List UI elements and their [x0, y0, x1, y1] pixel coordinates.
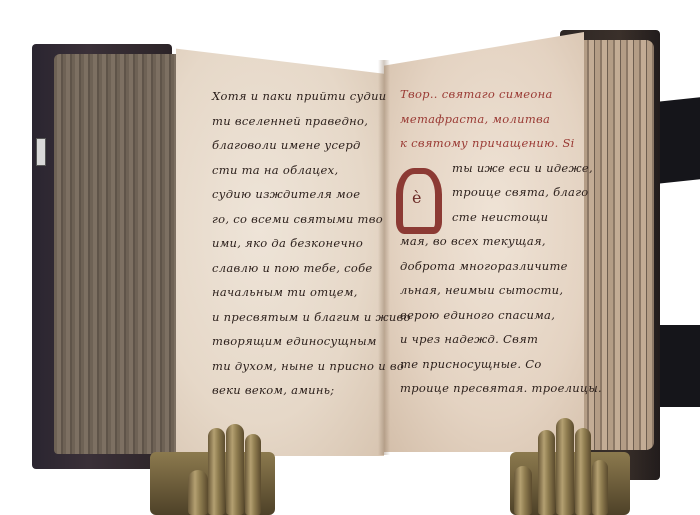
bronze-finger	[556, 418, 574, 515]
rubric-line: к святому причащению. Si	[400, 131, 572, 156]
page-edges-left	[54, 54, 179, 454]
clasp-strap-bottom	[656, 325, 700, 407]
text-line: судию изждителя мое	[212, 182, 380, 207]
text-line: начальным ти отцем,	[212, 280, 380, 305]
text-line: ти духом, ныне и присно и во	[212, 354, 380, 379]
bronze-finger	[538, 430, 555, 515]
text-line: веки веком, аминь;	[212, 378, 380, 403]
bronze-finger	[592, 460, 608, 515]
text-line: сти та на облацех,	[212, 158, 380, 183]
text-line: и чрез надежд. Свят	[400, 327, 572, 352]
text-line: и пресвятым и благим и живо	[212, 305, 380, 330]
bronze-finger	[208, 428, 225, 515]
right-page-text: Твор.. святаго симеона метафраста, молит…	[400, 82, 572, 401]
text-line: го, со всеми святыми тво	[212, 207, 380, 232]
text-line: верою единого спасима,	[400, 303, 572, 328]
text-line: доброта многоразличите	[400, 254, 572, 279]
left-page-text: Хотя и паки прийти судии ти вселенней пр…	[212, 84, 380, 403]
text-line: Хотя и паки прийти судии	[212, 84, 380, 109]
text-line: ти вселенней праведно,	[212, 109, 380, 134]
clasp-pin	[36, 138, 46, 166]
bronze-finger	[226, 424, 244, 515]
text-line: льная, неимыи сытости,	[400, 278, 572, 303]
manuscript-photo: Хотя и паки прийти судии ти вселенней пр…	[0, 0, 700, 515]
rubric-line: Твор.. святаго симеона	[400, 82, 572, 107]
text-line: ими, яко да безконечно	[212, 231, 380, 256]
bronze-finger	[575, 428, 591, 515]
rubric-line: метафраста, молитва	[400, 107, 572, 132]
bronze-thumb	[514, 466, 532, 515]
bronze-finger	[245, 434, 261, 515]
bronze-thumb	[188, 470, 208, 515]
text-line: те присносущные. Со	[400, 352, 572, 377]
text-line: благоволи имене усерд	[212, 133, 380, 158]
text-line: творящим единосущным	[212, 329, 380, 354]
text-line: славлю и пою тебе, собе	[212, 256, 380, 281]
text-line: троице пресвятая. троелицы.	[400, 376, 572, 401]
initial-mark: ѐ	[412, 188, 421, 207]
